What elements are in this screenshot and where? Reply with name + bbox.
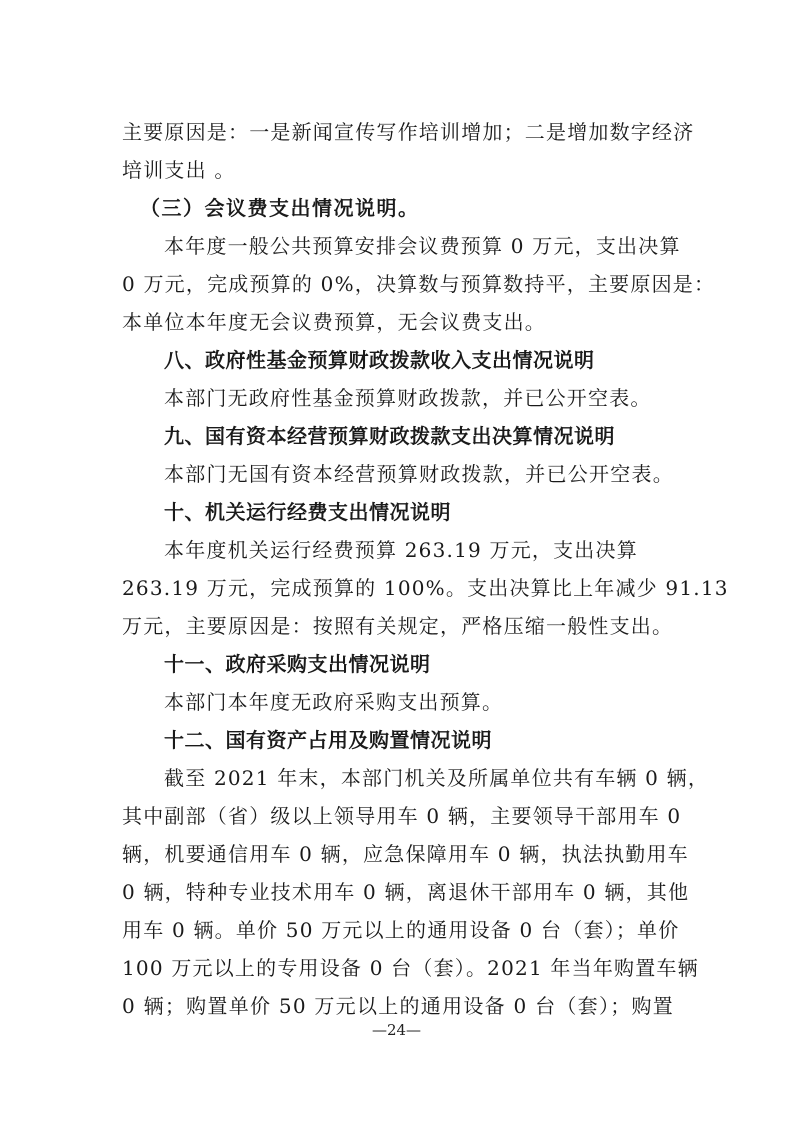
text-line: 主要原因是：一是新闻宣传写作培训增加；二是增加数字经济 [122,113,674,151]
text-line: 本部门无政府性基金预算财政拨款，并已公开空表。 [164,379,674,417]
text-line: 本年度一般公共预算安排会议费预算 0 万元，支出决算 [164,227,674,265]
text-line: 0 辆，特种专业技术用车 0 辆，离退休干部用车 0 辆，其他 [122,873,674,911]
section-heading: 十一、政府采购支出情况说明 [164,645,674,683]
page-number: —24— [0,1021,793,1039]
text-line: 100 万元以上的专用设备 0 台（套）。2021 年当年购置车辆 [122,949,674,987]
text-line: 其中副部（省）级以上领导用车 0 辆，主要领导干部用车 0 [122,797,674,835]
text-line: 辆，机要通信用车 0 辆，应急保障用车 0 辆，执法执勤用车 [122,835,674,873]
text-line: 0 辆；购置单价 50 万元以上的通用设备 0 台（套）；购置 [122,987,674,1025]
document-page: 主要原因是：一是新闻宣传写作培训增加；二是增加数字经济 培训支出 。 （三）会议… [0,0,793,1122]
text-line: 万元，主要原因是：按照有关规定，严格压缩一般性支出。 [122,607,674,645]
text-line: 本部门无国有资本经营预算财政拨款，并已公开空表。 [164,455,674,493]
section-heading: 八、政府性基金预算财政拨款收入支出情况说明 [164,341,674,379]
section-heading: 九、国有资本经营预算财政拨款支出决算情况说明 [164,417,674,455]
text-line: 本单位本年度无会议费预算，无会议费支出。 [122,303,674,341]
text-line: 截至 2021 年末，本部门机关及所属单位共有车辆 0 辆， [164,759,674,797]
text-line: 培训支出 。 [122,151,674,189]
text-line: 用车 0 辆。单价 50 万元以上的通用设备 0 台（套）；单价 [122,911,674,949]
text-line: 本年度机关运行经费预算 263.19 万元，支出决算 [164,531,674,569]
section-heading: 十、机关运行经费支出情况说明 [164,493,674,531]
section-heading: 十二、国有资产占用及购置情况说明 [164,721,674,759]
text-line: 263.19 万元，完成预算的 100%。支出决算比上年减少 91.13 [122,569,674,607]
text-line: 0 万元，完成预算的 0%，决算数与预算数持平，主要原因是： [122,265,674,303]
text-line: 本部门本年度无政府采购支出预算。 [164,683,674,721]
section-heading: （三）会议费支出情况说明。 [140,189,650,227]
